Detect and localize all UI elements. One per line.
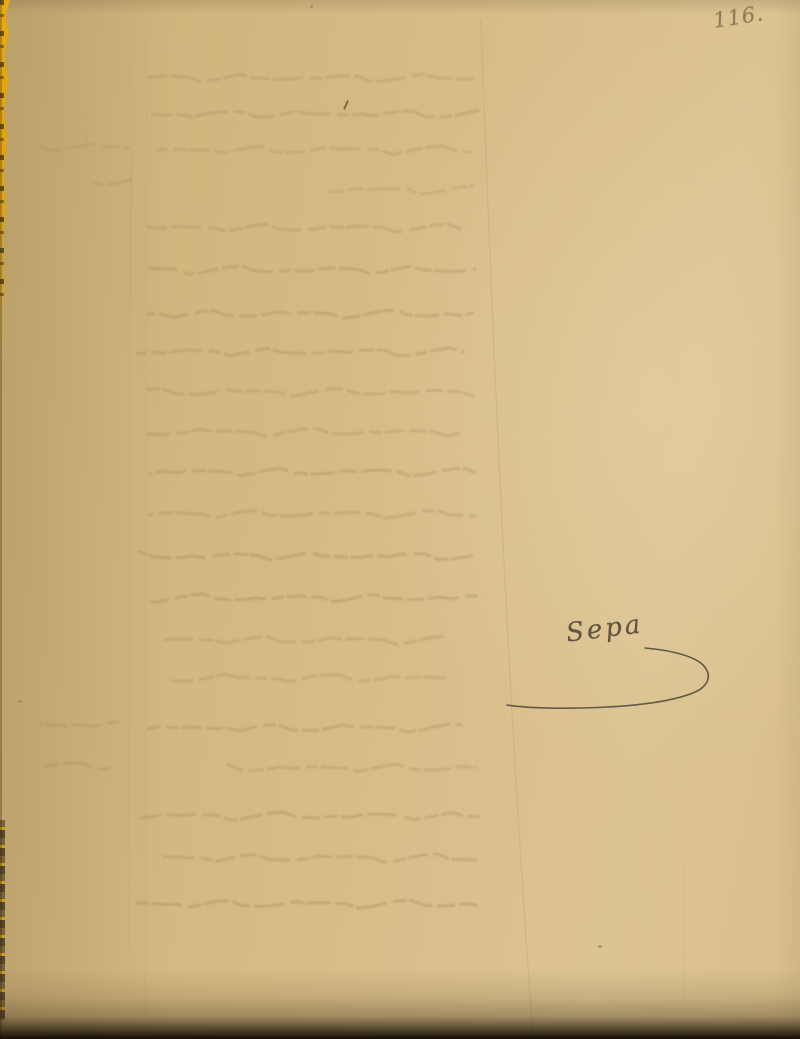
bleedthrough-handwriting — [38, 74, 478, 908]
margin-rule-right — [481, 20, 533, 1036]
ink-speck-top — [310, 5, 313, 8]
right-edge-shading — [0, 0, 800, 1039]
paper-crease-left — [145, 0, 147, 1039]
page-bottom-shadow — [0, 969, 800, 1039]
top-edge-shading — [0, 0, 800, 1039]
folio-number: 116. — [699, 1, 766, 35]
right-light-sheen — [0, 0, 800, 1039]
signature: Sepa — [500, 612, 730, 722]
manuscript-page: 116. Sepa — [0, 0, 800, 1039]
paper-crease-mid — [86, 110, 87, 320]
ink-speck-lower — [598, 945, 602, 948]
margin-rule-left — [129, 58, 131, 948]
left-vignette-shading — [0, 0, 800, 1039]
left-edge-line — [0, 0, 2, 1039]
bleedthrough-layer — [0, 0, 800, 1039]
ink-speck-apostrophe — [343, 100, 349, 110]
ink-speck-margin — [18, 700, 22, 703]
